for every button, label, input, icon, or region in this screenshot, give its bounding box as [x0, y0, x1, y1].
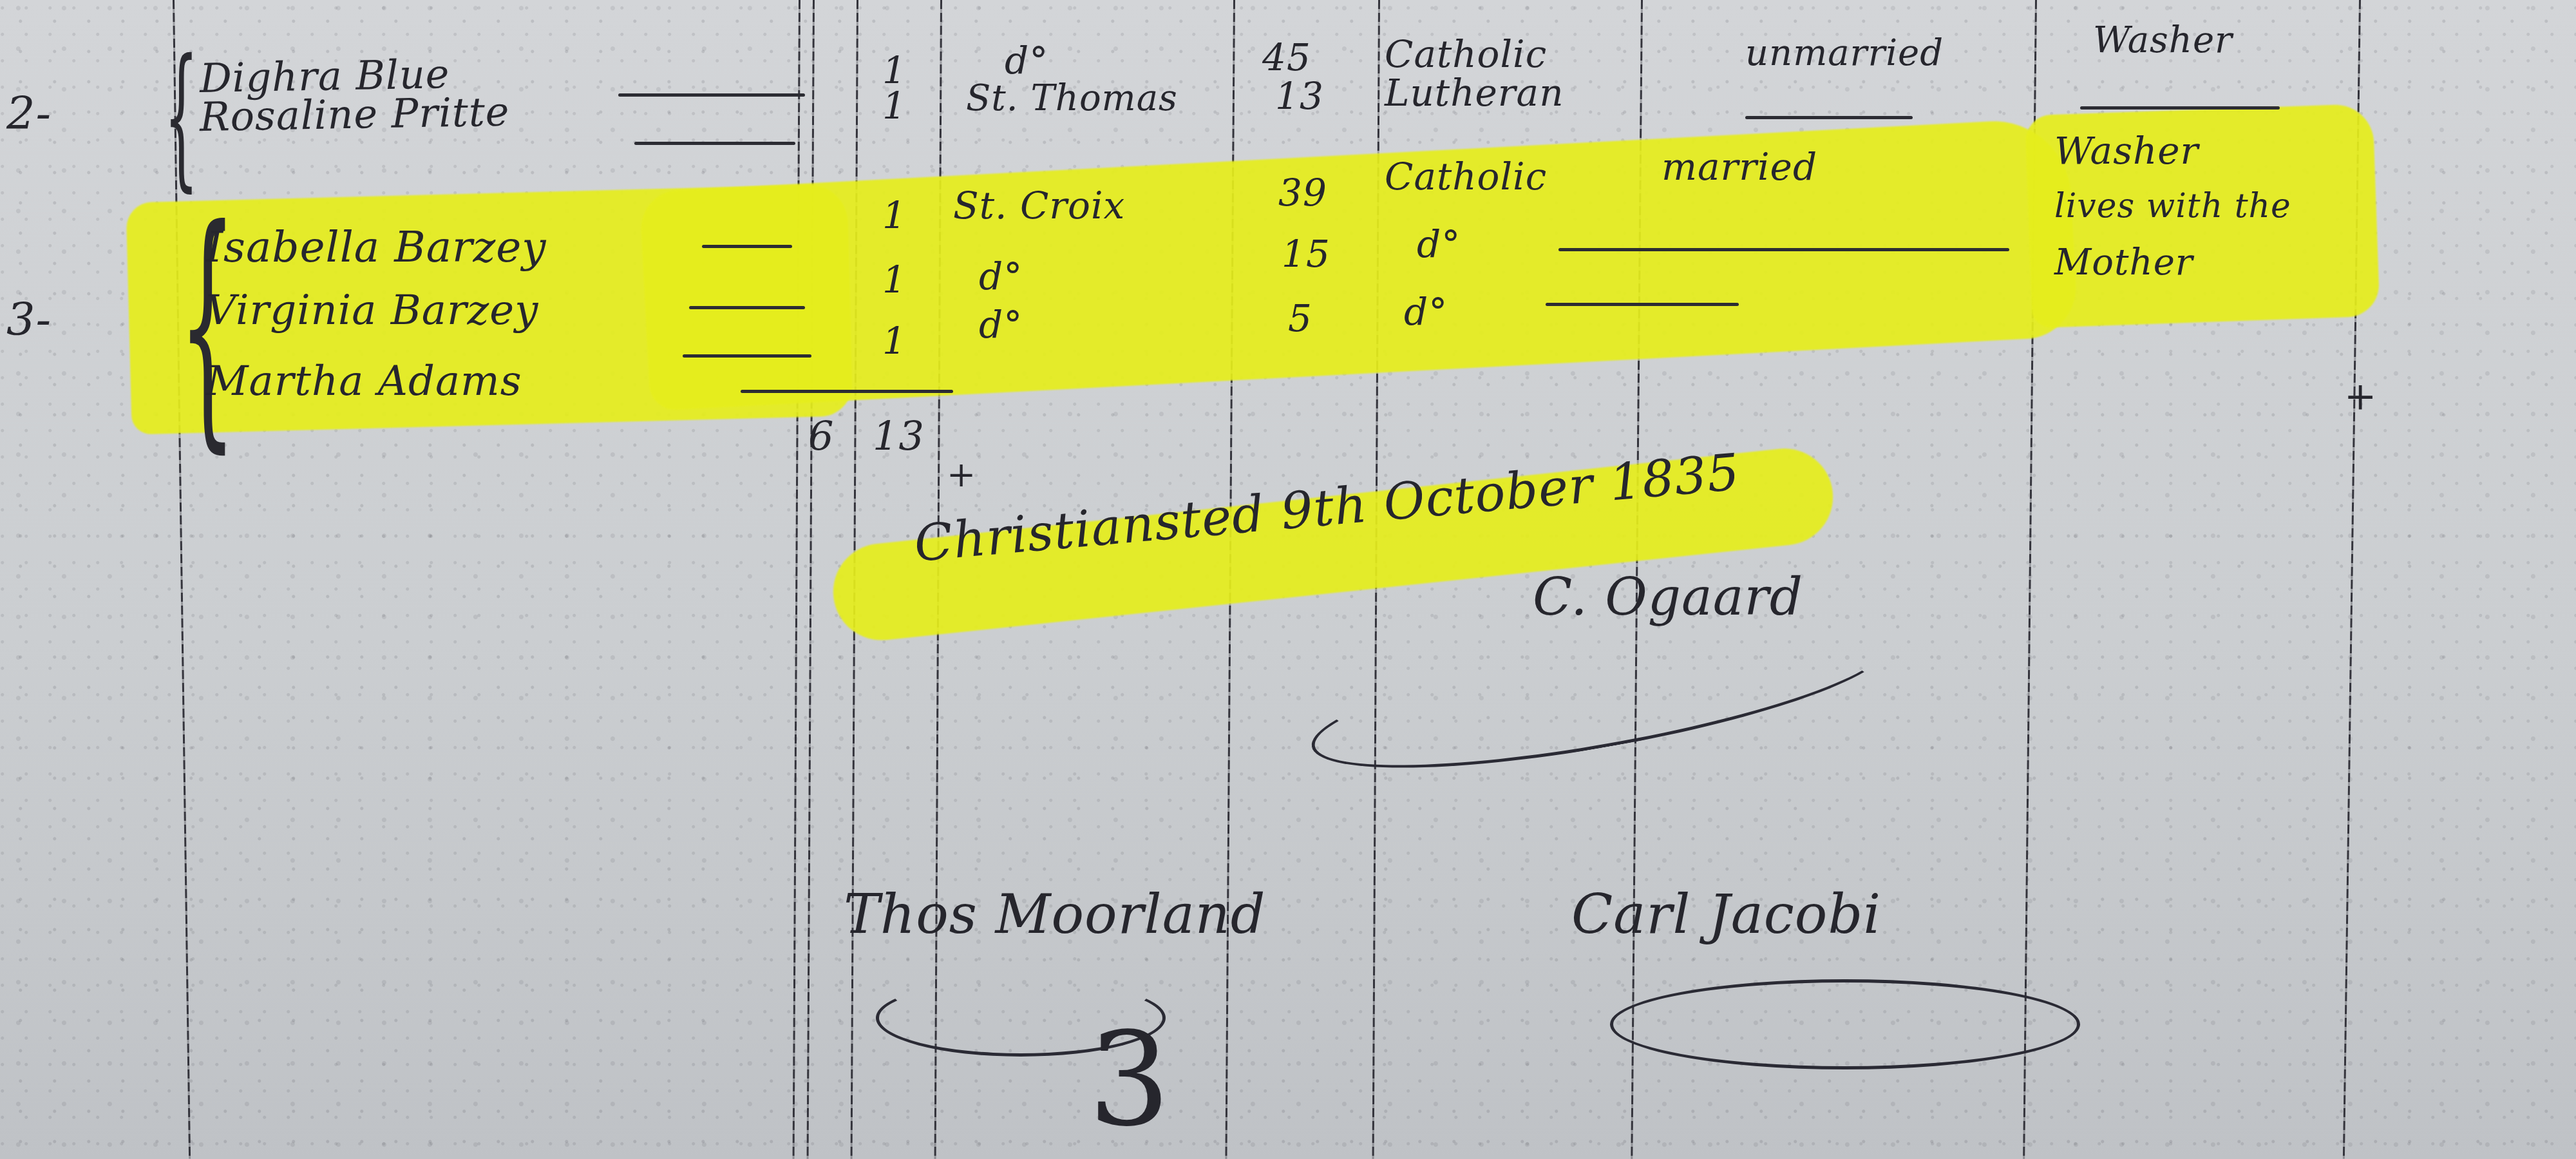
signature-witness-right: Carl Jacobi [1571, 883, 1881, 946]
row-dash [634, 142, 795, 145]
row-dash [1546, 303, 1739, 306]
member-birthplace: d° [1005, 39, 1048, 82]
member-count: 1 [882, 258, 907, 302]
scanned-document-page: 2- 3- { { Dighra Blue 1 d° 45 Catholic u… [0, 0, 2576, 1159]
member-occupation: Washer [2093, 19, 2233, 61]
member-religion: Catholic [1385, 155, 1547, 198]
member-religion: d° [1417, 222, 1461, 266]
member-religion: Catholic [1385, 32, 1547, 76]
member-age: 39 [1278, 171, 1327, 215]
row-dash [1558, 248, 2009, 251]
row-dash [618, 93, 805, 97]
member-birthplace: d° [979, 254, 1023, 298]
member-age: 45 [1262, 35, 1311, 79]
household-number-3: 3- [6, 293, 52, 346]
cross-mark-right: + [2344, 374, 2377, 419]
member-age: 15 [1282, 232, 1331, 276]
totals-rule [741, 390, 953, 393]
witness-right-flourish [1610, 979, 2080, 1069]
member-occupation-line1: lives with the [2054, 187, 2291, 225]
row-dash [702, 245, 792, 248]
member-age: 5 [1288, 296, 1312, 340]
member-name: Rosaline Pritte [199, 88, 510, 140]
column-rule-2 [793, 0, 800, 1159]
member-birthplace: d° [979, 303, 1023, 347]
member-count: 1 [882, 319, 907, 363]
member-birthplace: St. Thomas [966, 77, 1178, 119]
witness-left-numeral: 3 [1088, 1005, 1171, 1155]
member-religion: Lutheran [1385, 71, 1564, 115]
row-dash [683, 354, 811, 358]
cross-mark: + [947, 454, 976, 495]
signature-official: C. Ogaard [1533, 567, 1803, 627]
member-marital-status: unmarried [1745, 32, 1944, 74]
row-dash [2080, 106, 2280, 110]
member-name: Virginia Barzey [206, 287, 538, 334]
member-birthplace: St. Croix [953, 184, 1125, 227]
total-col-a: 6 [808, 412, 834, 459]
row-dash [1745, 116, 1913, 119]
column-rule-3 [807, 0, 815, 1159]
member-count: 1 [882, 193, 907, 237]
member-occupation-line2: Mother [2054, 242, 2193, 283]
member-name: Isabella Barzey [206, 222, 547, 272]
member-name: Martha Adams [206, 358, 522, 405]
row-dash [689, 306, 805, 309]
member-count: 1 [882, 84, 907, 128]
total-col-b: 13 [873, 412, 925, 459]
member-age: 13 [1275, 74, 1324, 118]
member-occupation: Washer [2054, 129, 2199, 173]
member-religion: d° [1404, 290, 1448, 334]
signature-witness-left: Thos Moorland [844, 883, 1266, 946]
household-2-brace: { [164, 39, 198, 193]
member-marital-status: married [1662, 145, 1817, 189]
household-number-2: 2- [6, 87, 52, 140]
